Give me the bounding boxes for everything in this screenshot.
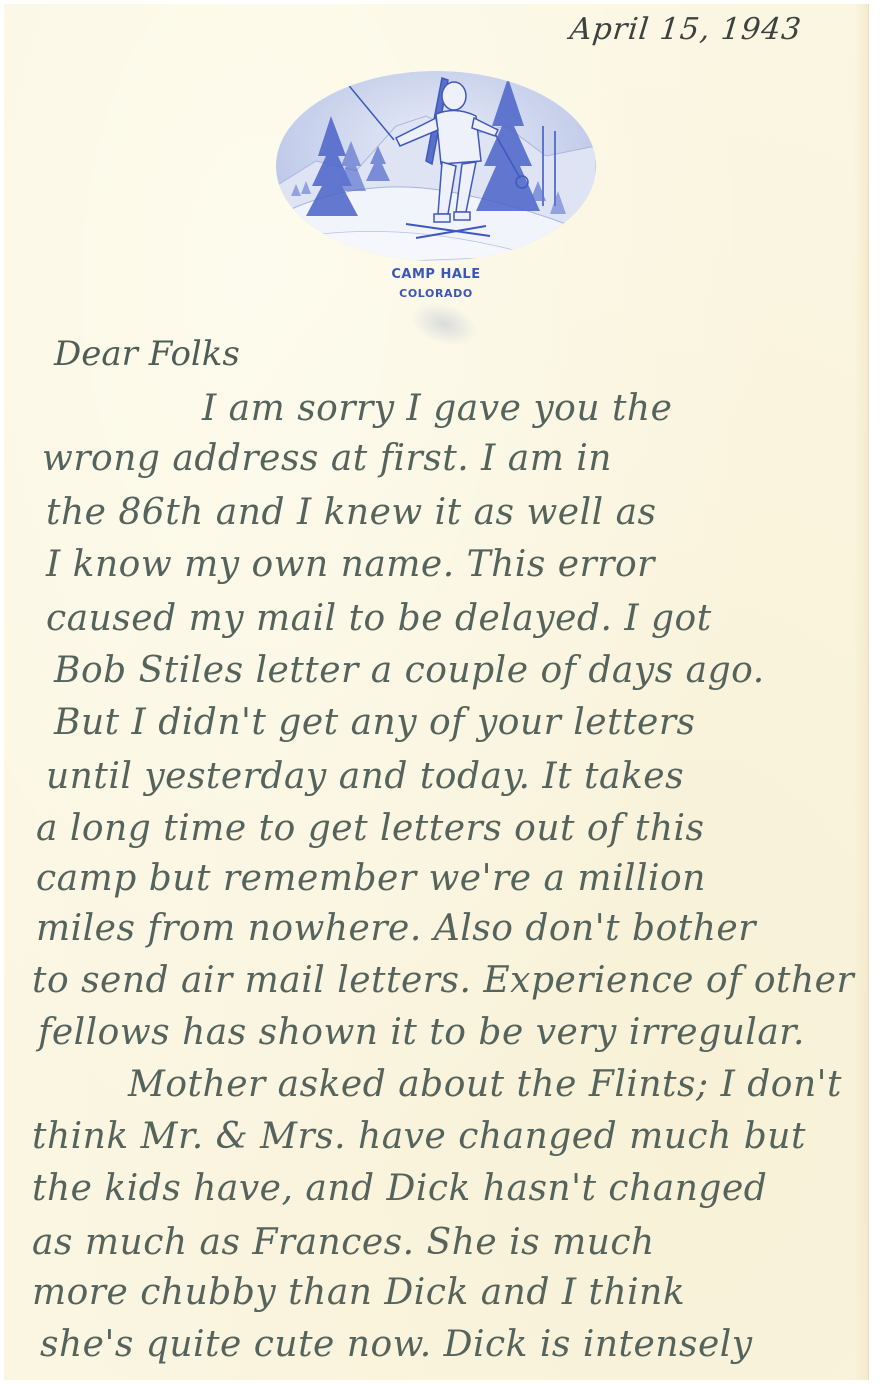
letter-line: Mother asked about the Flints; I don't xyxy=(128,1064,842,1105)
letter-line: caused my mail to be delayed. I got xyxy=(46,598,712,639)
letter-page: April 15, 1943 xyxy=(4,4,868,1380)
letterhead-location: COLORADO xyxy=(276,287,596,300)
ink-bleed-smudge xyxy=(405,294,484,354)
letter-line: Bob Stiles letter a couple of days ago. xyxy=(54,650,765,691)
letter-line: think Mr. & Mrs. have changed much but xyxy=(32,1116,806,1157)
page-edge-shadow xyxy=(854,4,868,1380)
letter-line: I am sorry I gave you the xyxy=(202,388,672,429)
letter-line: I know my own name. This error xyxy=(46,544,655,585)
letter-line: camp but remember we're a million xyxy=(36,858,706,899)
letter-line: the 86th and I knew it as well as xyxy=(46,492,657,533)
letter-line: until yesterday and today. It takes xyxy=(46,756,684,797)
letter-line: fellows has shown it to be very irregula… xyxy=(38,1012,805,1053)
letterhead-camp-name: CAMP HALE xyxy=(276,267,596,282)
letter-line: to send air mail letters. Experience of … xyxy=(32,960,854,1001)
letterhead-illustration xyxy=(276,66,596,266)
letter-line: the kids have, and Dick hasn't changed xyxy=(32,1168,767,1209)
letter-line: But I didn't get any of your letters xyxy=(54,702,696,743)
letter-line: as much as Frances. She is much xyxy=(32,1222,655,1263)
letter-date: April 15, 1943 xyxy=(568,12,803,47)
letter-line: wrong address at first. I am in xyxy=(42,438,612,479)
letter-line: she's quite cute now. Dick is intensely xyxy=(40,1324,753,1365)
letter-line: a long time to get letters out of this xyxy=(36,808,705,849)
skier-illustration-icon xyxy=(276,66,596,266)
letter-line: miles from nowhere. Also don't bother xyxy=(36,908,756,949)
letter-line: more chubby than Dick and I think xyxy=(32,1272,685,1313)
letter-salutation: Dear Folks xyxy=(54,334,240,374)
